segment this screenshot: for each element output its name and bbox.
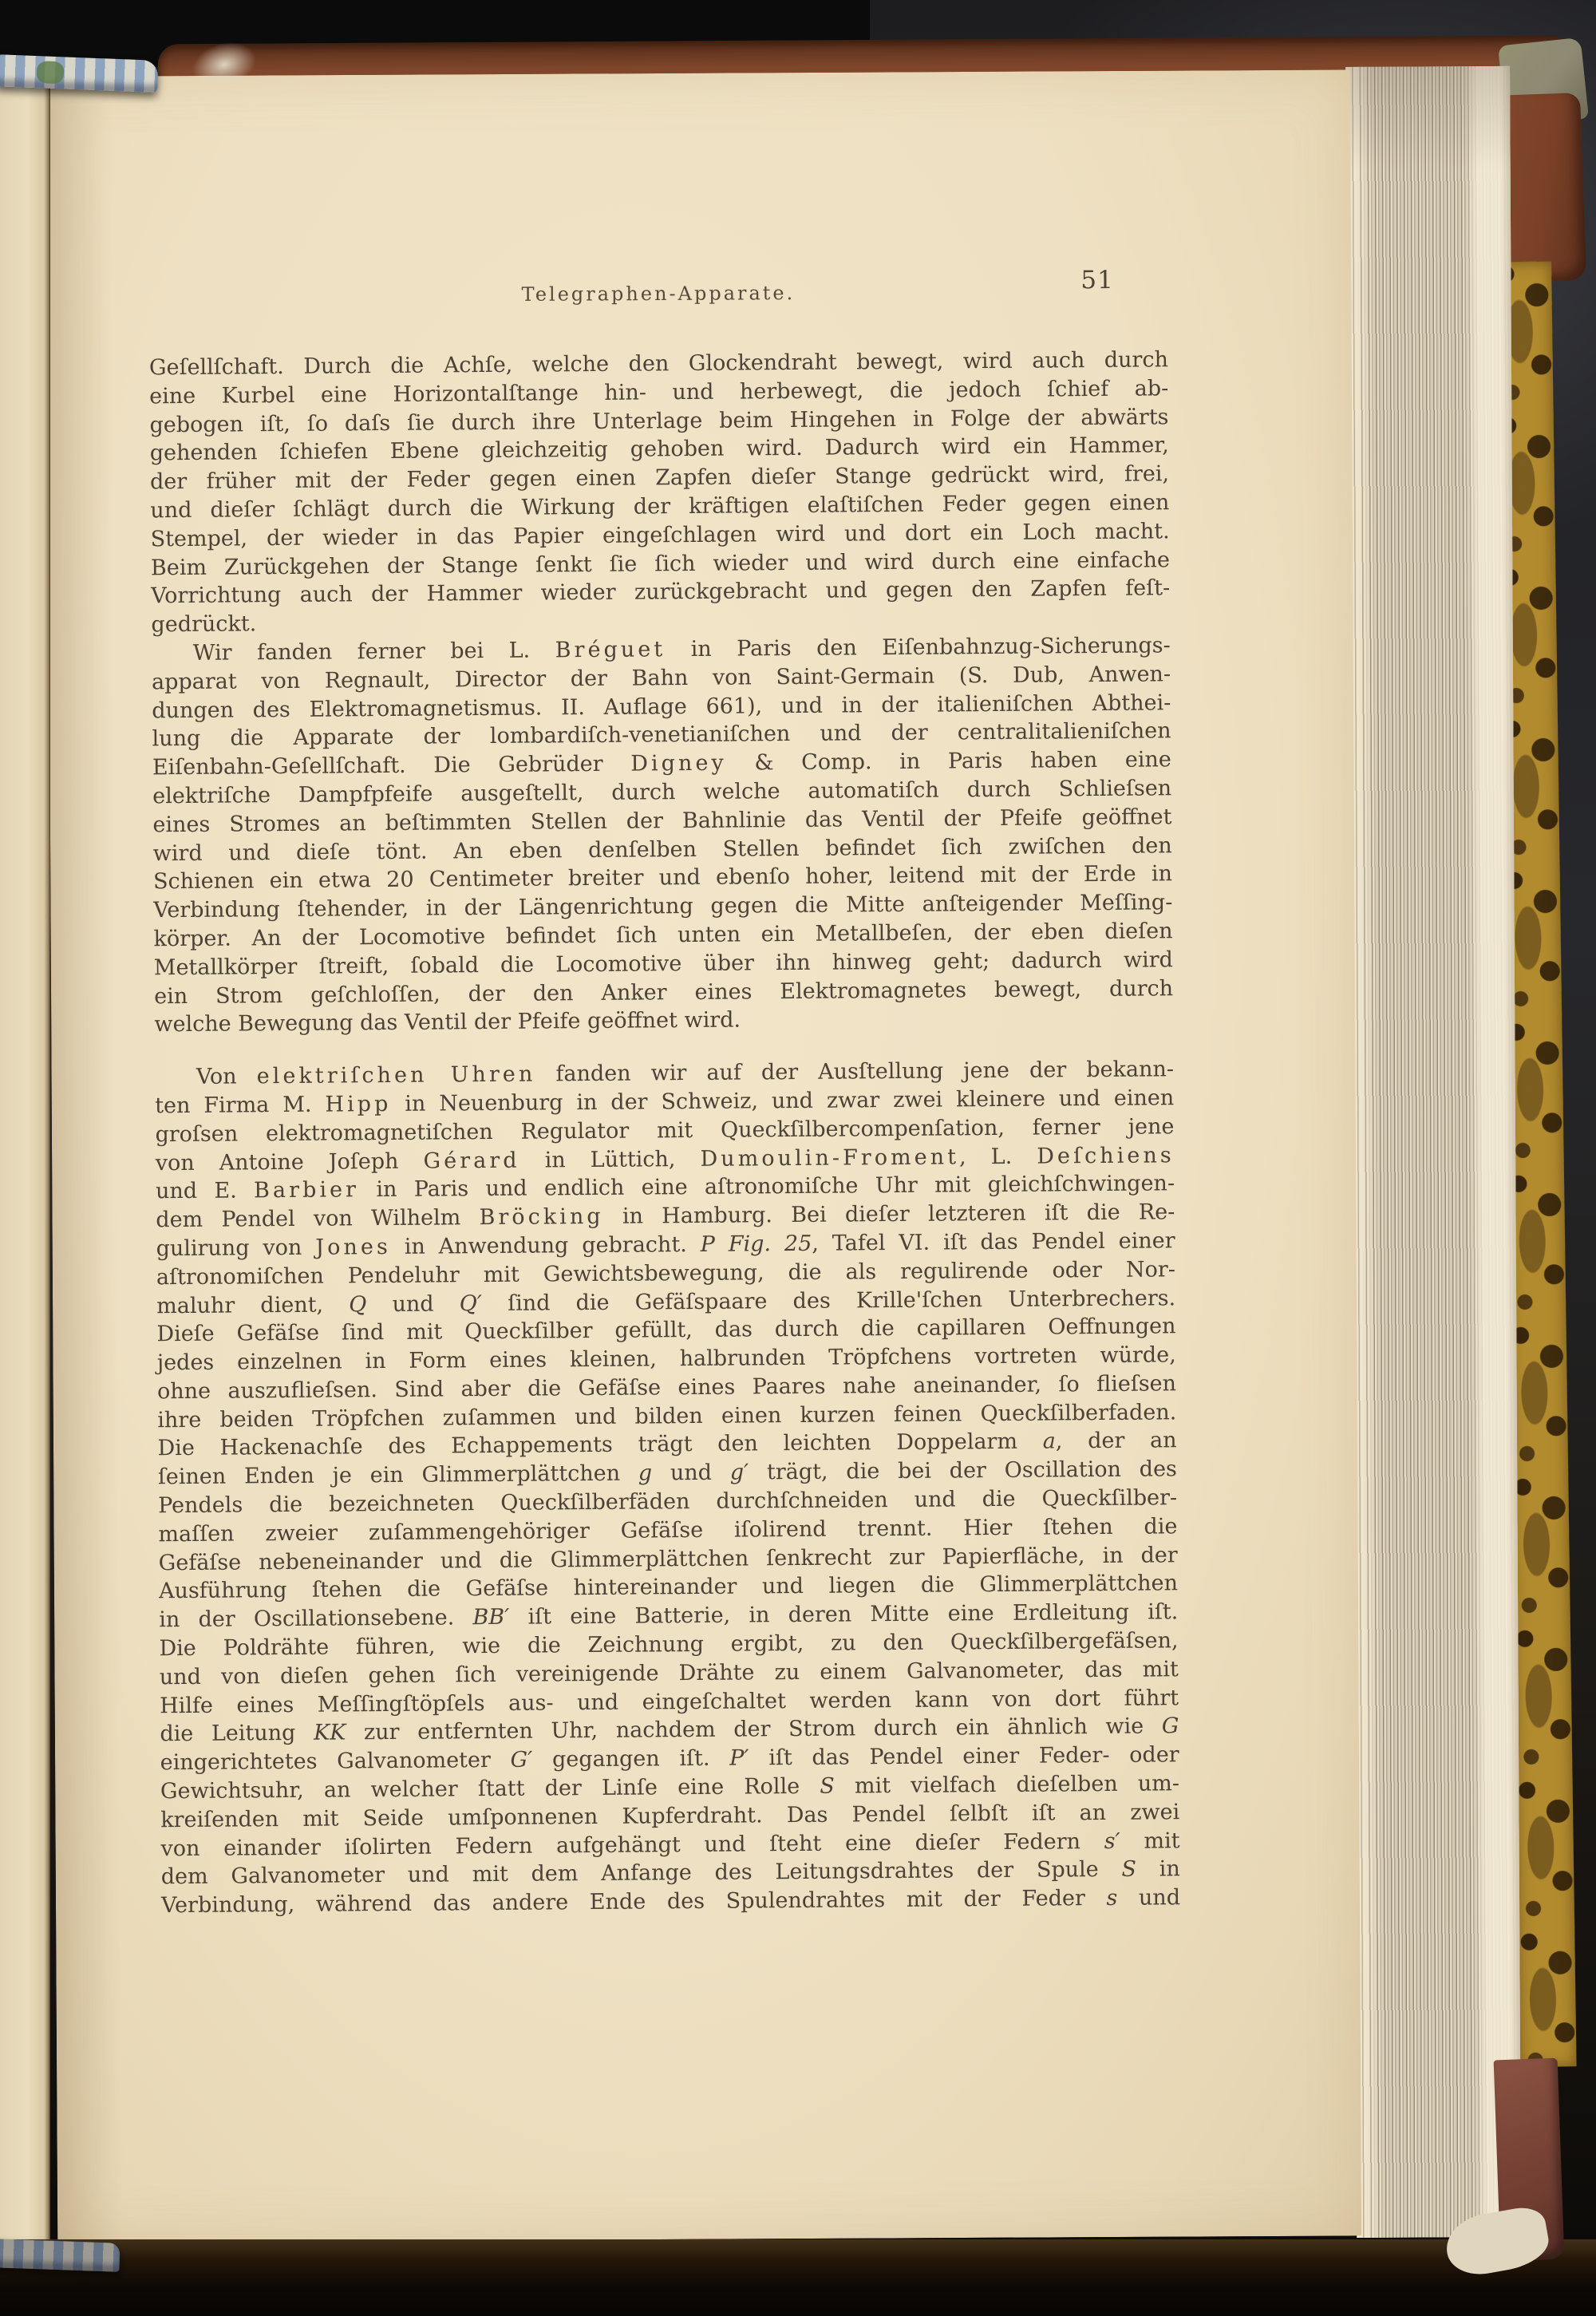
page-fore-edge bbox=[1345, 66, 1521, 2238]
headband-top bbox=[0, 54, 159, 93]
book-bottom-edge bbox=[0, 2239, 1596, 2316]
paragraph: Wir fanden ferner bei L. Bréguet in Pari… bbox=[152, 631, 1174, 1039]
book-page: Telegraphen-Apparate. 51 Geſellſchaft. D… bbox=[46, 69, 1361, 2243]
book-photograph: Telegraphen-Apparate. 51 Geſellſchaft. D… bbox=[0, 0, 1596, 2316]
page-number: 51 bbox=[1080, 266, 1114, 294]
running-title-text: Telegraphen-Apparate. bbox=[522, 282, 796, 306]
paragraph: Geſellſchaft. Durch die Achſe, welche de… bbox=[149, 346, 1171, 639]
facing-page-edge bbox=[0, 81, 50, 2246]
paragraph: Von elektriſchen Uhren fanden wir auf de… bbox=[155, 1055, 1180, 1920]
running-title: Telegraphen-Apparate. bbox=[148, 280, 1167, 308]
text-block: Geſellſchaft. Durch die Achſe, welche de… bbox=[149, 346, 1180, 1920]
headband-bottom bbox=[0, 2239, 120, 2271]
